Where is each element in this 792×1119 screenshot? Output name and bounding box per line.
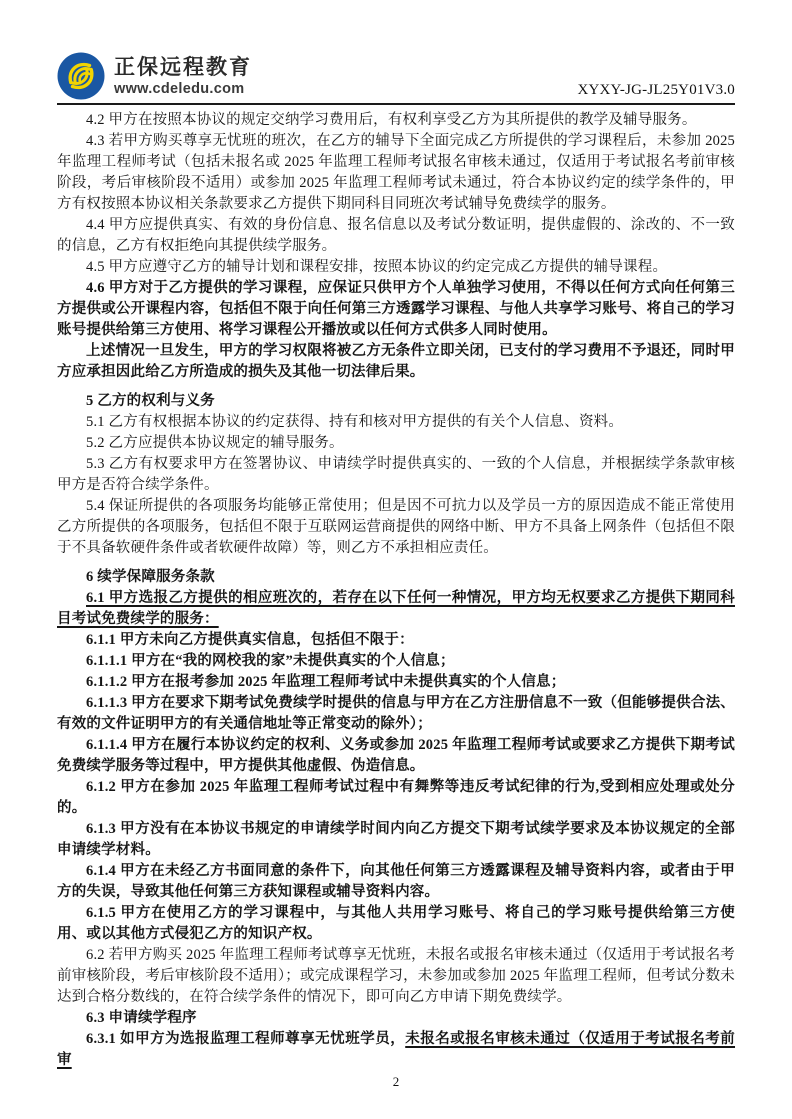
- clause-4-6-consequence: 上述情况一旦发生，甲方的学习权限将被乙方无条件立即关闭，已支付的学习费用不予退还…: [57, 341, 735, 383]
- page-number: 2: [57, 1072, 735, 1092]
- clause-4-6: 4.6 甲方对于乙方提供的学习课程，应保证只供甲方个人单独学习使用，不得以任何方…: [57, 278, 735, 341]
- clause-6-2: 6.2 若甲方购买 2025 年监理工程师考试尊享无忧班，未报名或报名审核未通过…: [57, 945, 735, 1008]
- clause-6-1-1-2: 6.1.1.2 甲方在报考参加 2025 年监理工程师考试中未提供真实的个人信息…: [57, 672, 735, 693]
- section-5-heading: 5 乙方的权利与义务: [57, 391, 735, 412]
- clause-4-3: 4.3 若甲方购买尊享无忧班的班次，在乙方的辅导下全面完成乙方所提供的学习课程后…: [57, 131, 735, 215]
- brand-website: www.cdeledu.com: [114, 80, 252, 98]
- brand-logo: 正保远程教育 www.cdeledu.com: [57, 52, 252, 100]
- document-code: XYXY-JG-JL25Y01V3.0: [577, 82, 735, 100]
- clause-6-1-2: 6.1.2 甲方在参加 2025 年监理工程师考试过程中有舞弊等违反考试纪律的行…: [57, 777, 735, 819]
- section-6-heading: 6 续学保障服务条款: [57, 567, 735, 588]
- clause-6-3-heading: 6.3 申请续学程序: [57, 1008, 735, 1029]
- clause-4-2: 4.2 甲方在按照本协议的规定交纳学习费用后，有权利享受乙方为其所提供的教学及辅…: [57, 110, 735, 131]
- clause-6-3-1: 6.3.1 如甲方为选报监理工程师尊享无忧班学员，未报名或报名审核未通过（仅适用…: [57, 1029, 735, 1071]
- clause-6-1: 6.1 甲方选报乙方提供的相应班次的，若存在以下任何一种情况，甲方均无权要求乙方…: [57, 588, 735, 630]
- swirl-globe-icon: [57, 52, 105, 100]
- brand-text-block: 正保远程教育 www.cdeledu.com: [114, 55, 252, 98]
- clause-6-1-1-1: 6.1.1.1 甲方在“我的网校我的家”未提供真实的个人信息；: [57, 651, 735, 672]
- brand-name: 正保远程教育: [114, 55, 252, 80]
- clause-5-2: 5.2 乙方应提供本协议规定的辅导服务。: [57, 433, 735, 454]
- clause-4-5: 4.5 甲方应遵守乙方的辅导计划和课程安排，按照本协议的约定完成乙方提供的辅导课…: [57, 257, 735, 278]
- document-body: 4.2 甲方在按照本协议的规定交纳学习费用后，有权利享受乙方为其所提供的教学及辅…: [57, 105, 735, 1071]
- document-page: 正保远程教育 www.cdeledu.com XYXY-JG-JL25Y01V3…: [0, 0, 792, 1119]
- clause-6-1-1-4: 6.1.1.4 甲方在履行本协议约定的权利、义务或参加 2025 年监理工程师考…: [57, 735, 735, 777]
- clause-6-3-1-lead: 6.3.1 如甲方为选报监理工程师尊享无忧班学员，: [86, 1031, 405, 1047]
- clause-6-1-5: 6.1.5 甲方在使用乙方的学习课程中，与其他人共用学习账号、将自己的学习账号提…: [57, 903, 735, 945]
- clause-6-1-1-3: 6.1.1.3 甲方在要求下期考试免费续学时提供的信息与甲方在乙方注册信息不一致…: [57, 693, 735, 735]
- clause-4-4: 4.4 甲方应提供真实、有效的身份信息、报名信息以及考试分数证明，提供虚假的、涂…: [57, 215, 735, 257]
- clause-5-1: 5.1 乙方有权根据本协议的约定获得、持有和核对甲方提供的有关个人信息、资料。: [57, 412, 735, 433]
- clause-6-1-3: 6.1.3 甲方没有在本协议书规定的申请续学时间内向乙方提交下期考试续学要求及本…: [57, 819, 735, 861]
- clause-6-1-1: 6.1.1 甲方未向乙方提供真实信息，包括但不限于：: [57, 630, 735, 651]
- clause-5-4: 5.4 保证所提供的各项服务均能够正常使用；但是因不可抗力以及学员一方的原因造成…: [57, 496, 735, 559]
- document-header: 正保远程教育 www.cdeledu.com XYXY-JG-JL25Y01V3…: [57, 40, 735, 100]
- clause-6-1-4: 6.1.4 甲方在未经乙方书面同意的条件下，向其他任何第三方透露课程及辅导资料内…: [57, 861, 735, 903]
- clause-5-3: 5.3 乙方有权要求甲方在签署协议、申请续学时提供真实的、一致的个人信息，并根据…: [57, 454, 735, 496]
